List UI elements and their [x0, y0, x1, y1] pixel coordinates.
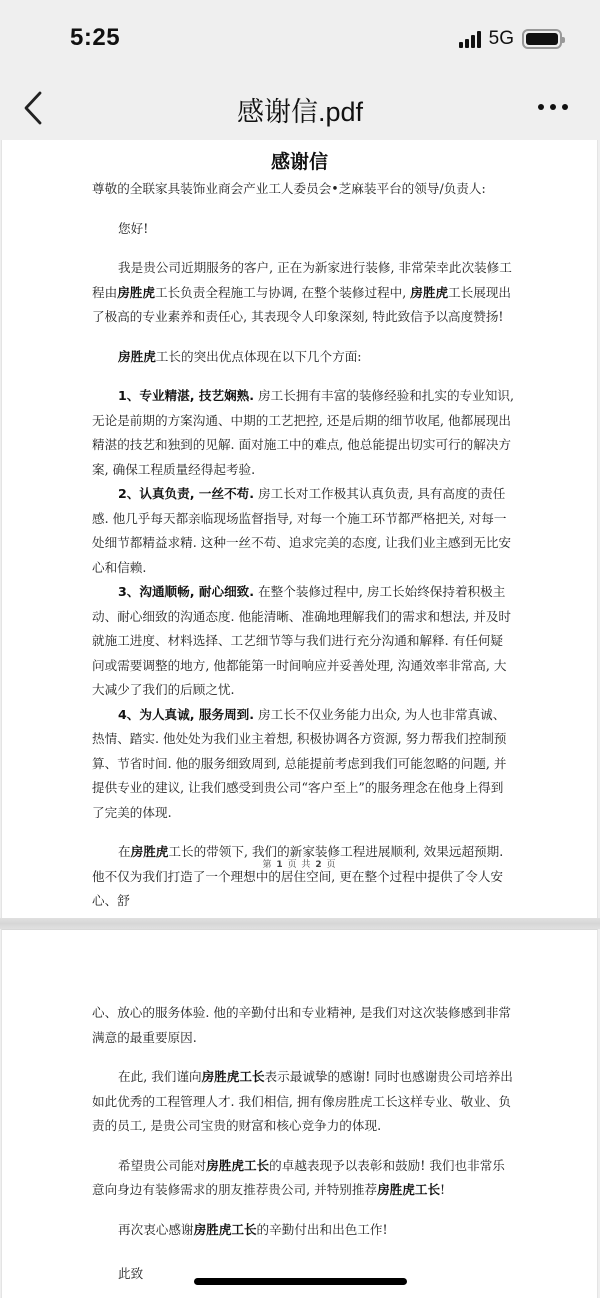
worker-name: 房胜虎 [410, 285, 448, 300]
merit-heading: 1、专业精湛, 技艺娴熟. [118, 388, 254, 403]
document-title: 感谢信.pdf [0, 90, 600, 129]
status-time: 5:25 [70, 24, 120, 52]
total-page-number: 2 [315, 860, 322, 870]
greeting: 您好! [92, 217, 514, 242]
merit-point-4: 4、为人真诚, 服务周到. 房工长不仅业务能力出众, 为人也非常真诚、热情、踏实… [92, 703, 514, 826]
worker-name: 房胜虎 [118, 349, 156, 364]
letter-body-page-1: 尊敬的全联家具装饰业商会产业工人委员会•芝麻装平台的领导/负责人: 您好! 我是… [92, 177, 514, 914]
leadership-continued: 心、放心的服务体验. 他的辛勤付出和专业精神, 是我们对这次装修感到非常满意的最… [92, 1001, 514, 1050]
nav-bar: 感谢信.pdf [0, 80, 600, 140]
merit-heading: 3、沟通顺畅, 耐心细致. [118, 584, 254, 599]
more-dot [550, 104, 556, 110]
worker-name: 房胜虎工长 [202, 1069, 265, 1084]
thanks-paragraph: 在此, 我们谨向房胜虎工长表示最诚挚的感谢! 同时也感谢贵公司培养出如此优秀的工… [92, 1065, 514, 1139]
battery-icon [522, 29, 562, 49]
signal-icon [459, 30, 481, 48]
thanks-text: 在此, 我们谨向 [118, 1069, 202, 1084]
leadership-paragraph: 在房胜虎工长的带领下, 我们的新家装修工程进展顺利, 效果远超预期. 他不仅为我… [92, 840, 514, 914]
pdf-page-1[interactable]: 感谢信 尊敬的全联家具装饰业商会产业工人委员会•芝麻装平台的领导/负责人: 您好… [1, 140, 598, 918]
hope-text: 希望贵公司能对 [118, 1158, 206, 1173]
merit-point-2: 2、认真负责, 一丝不苟. 房工长对工作极其认真负责, 具有高度的责任感. 他几… [92, 482, 514, 580]
status-bar: 5:25 5G [0, 0, 600, 80]
pdf-page-2[interactable]: 心、放心的服务体验. 他的辛勤付出和专业精神, 是我们对这次装修感到非常满意的最… [1, 929, 598, 1298]
merit-text: 房工长不仅业务能力出众, 为人也非常真诚、热情、踏实. 他处处为我们业主着想, … [92, 707, 506, 820]
again-thanks-paragraph: 再次衷心感谢房胜虎工长的辛勤付出和出色工作! [92, 1218, 514, 1243]
more-dots-icon [538, 104, 544, 110]
merits-lead-text: 工长的突出优点体现在以下几个方面: [156, 349, 362, 364]
hope-paragraph: 希望贵公司能对房胜虎工长的卓越表现予以表彰和鼓励! 我们也非常乐意向身边有装修需… [92, 1154, 514, 1203]
page-footer-text: 页 共 [288, 860, 312, 870]
letter-body-page-2: 心、放心的服务体验. 他的辛勤付出和专业精神, 是我们对这次装修感到非常满意的最… [92, 1001, 514, 1287]
page-number-footer: 第 1 页 共 2 页 [2, 857, 597, 870]
letter-title: 感谢信 [2, 147, 597, 174]
intro-text: 工长负责全程施工与协调, 在整个装修过程中, [155, 285, 410, 300]
intro-paragraph: 我是贵公司近期服务的客户, 正在为新家进行装修, 非常荣幸此次装修工程由房胜虎工… [92, 256, 514, 330]
again-text: 再次衷心感谢 [118, 1222, 194, 1237]
salutation: 尊敬的全联家具装饰业商会产业工人委员会•芝麻装平台的领导/负责人: [92, 177, 514, 202]
worker-name: 房胜虎工长 [377, 1182, 440, 1197]
merit-point-3: 3、沟通顺畅, 耐心细致. 在整个装修过程中, 房工长始终保持着积极主动、耐心细… [92, 580, 514, 703]
status-icons: 5G [459, 28, 562, 50]
merit-heading: 2、认真负责, 一丝不苟. [118, 486, 254, 501]
current-page-number: 1 [276, 860, 283, 870]
merit-text: 在整个装修过程中, 房工长始终保持着积极主动、耐心细致的沟通态度. 他能清晰、准… [92, 584, 511, 697]
more-button[interactable] [534, 100, 572, 114]
hope-text: ! [440, 1182, 445, 1197]
worker-name: 房胜虎 [117, 285, 155, 300]
again-text: 的辛勤付出和出色工作! [257, 1222, 388, 1237]
merits-lead: 房胜虎工长的突出优点体现在以下几个方面: [92, 345, 514, 370]
merit-point-1: 1、专业精湛, 技艺娴熟. 房工长拥有丰富的装修经验和扎实的专业知识, 无论是前… [92, 384, 514, 482]
page-separator [0, 918, 600, 929]
worker-name: 房胜虎工长 [206, 1158, 269, 1173]
more-dot [562, 104, 568, 110]
worker-name: 房胜虎工长 [194, 1222, 257, 1237]
network-type: 5G [489, 28, 514, 50]
page-footer-text: 第 [263, 860, 273, 870]
merit-heading: 4、为人真诚, 服务周到. [118, 707, 254, 722]
page-footer-text: 页 [326, 860, 336, 870]
home-indicator[interactable] [194, 1278, 407, 1285]
